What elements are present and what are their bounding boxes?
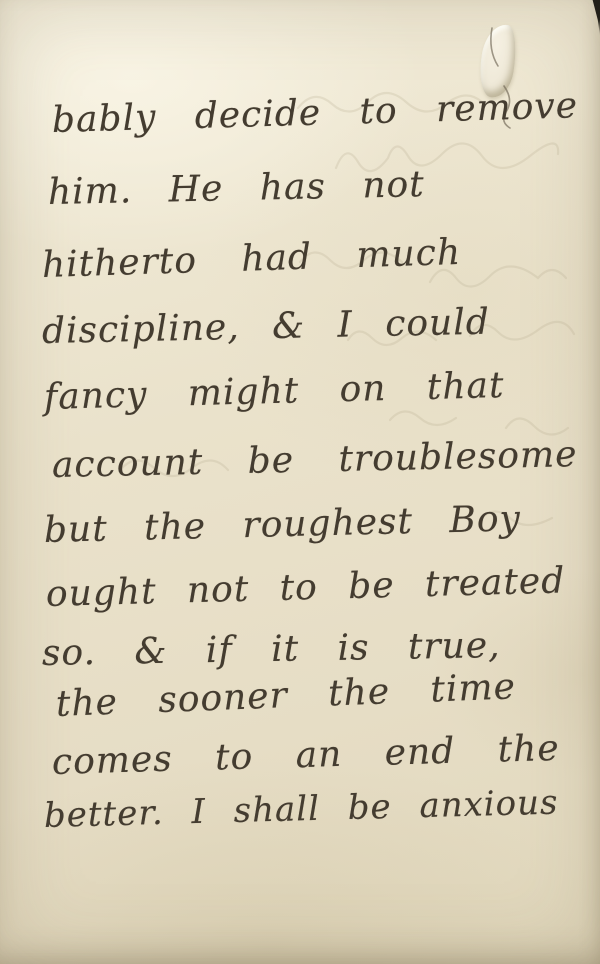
handwriting-line: so. & if it is true, bbox=[42, 627, 501, 674]
handwriting-line: him. He has not bbox=[48, 166, 425, 213]
letter-page: bably decide to remove him. He has not h… bbox=[0, 0, 600, 964]
